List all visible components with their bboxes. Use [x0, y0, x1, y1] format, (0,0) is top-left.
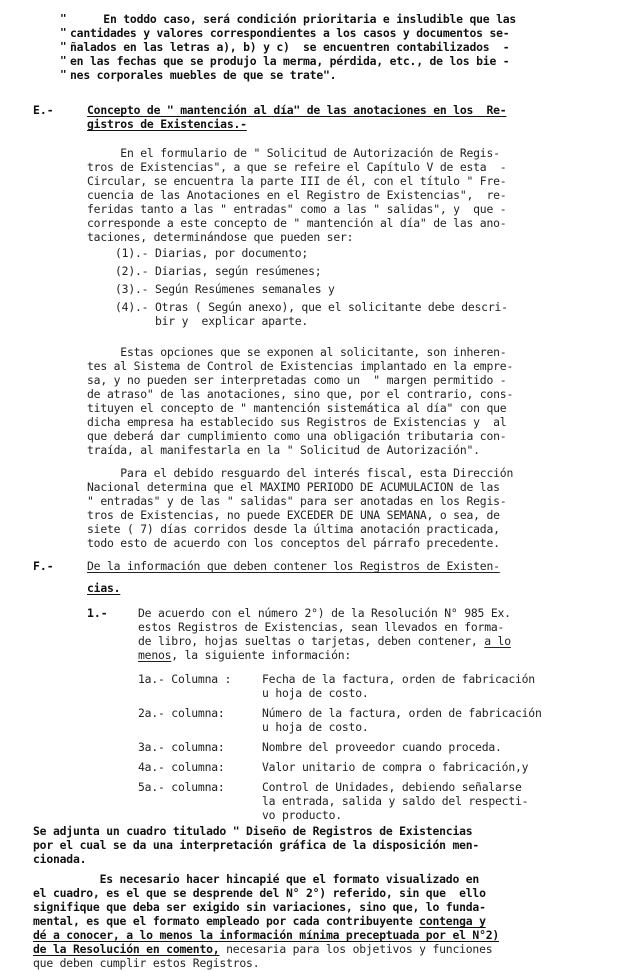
- column-desc: Fecha de la factura, orden de fabricació…: [262, 672, 535, 686]
- option-item: (1).- Diarias, por documento;: [115, 246, 308, 260]
- section-heading: Concepto de " mantención al día" de las …: [87, 103, 506, 117]
- option-item: bir y explicar aparte.: [115, 314, 308, 328]
- section-label: F.-: [33, 559, 54, 573]
- paragraph-line: feridas tanto a las " entradas" como a l…: [87, 202, 506, 216]
- column-desc: vo producto.: [262, 808, 342, 822]
- paragraph-line: mental, es que el formato empleado por c…: [33, 914, 486, 928]
- column-label: 4a.- columna:: [138, 760, 225, 774]
- paragraph-line: de la Resolución en comento, necesaria p…: [33, 942, 492, 956]
- line-text: mental, es que el formato empleado por c…: [33, 914, 419, 928]
- paragraph-line: Se adjunta un cuadro titulado " Diseño d…: [33, 824, 472, 838]
- paragraph-line: cuencia de las Anotaciones en el Registr…: [87, 188, 506, 202]
- underlined-phrase: menos: [138, 648, 171, 662]
- paragraph-line: Para el debido resguardo del interés fis…: [87, 466, 513, 480]
- paragraph-line: cionada.: [33, 852, 86, 866]
- quote-mark: ": [60, 54, 67, 68]
- paragraph-line: corresponde a este concepto de " mantenc…: [87, 216, 506, 230]
- paragraph-line: que deberá dar cumplimiento como una obl…: [87, 429, 506, 443]
- quote-mark: ": [60, 68, 67, 82]
- paragraph-line: Circular, se encuentra la parte III de é…: [87, 174, 506, 188]
- underlined-phrase: de la Resolución en comento,: [33, 942, 219, 956]
- column-label: 5a.- columna:: [138, 780, 225, 794]
- line-text: necesaria para los objetivos y funciones: [219, 942, 492, 956]
- paragraph-line: por el cual se da una interpretación grá…: [33, 838, 479, 852]
- column-label: 1a.- Columna :: [138, 672, 231, 686]
- paragraph-line: dicha empresa ha establecido sus Registr…: [87, 415, 506, 429]
- quote-mark: ": [60, 12, 67, 26]
- paragraph-line: tituyen el concepto de " mantención sist…: [87, 401, 506, 415]
- column-label: 2a.- columna:: [138, 706, 225, 720]
- paragraph-line: tros de Existencias", a que se refeire e…: [87, 160, 506, 174]
- item-label: 1.-: [87, 606, 108, 620]
- section-heading: gistros de Existencias.-: [87, 117, 247, 131]
- column-desc: u hoja de costo.: [262, 686, 369, 700]
- underlined-phrase: dé a conocer, a lo menos la información …: [33, 928, 499, 942]
- quote-line: En toddo caso, será condición prioritari…: [70, 12, 516, 26]
- quote-mark: ": [60, 40, 67, 54]
- paragraph-line: estos Registros de Existencias, sean lle…: [138, 620, 504, 634]
- paragraph-line: Nacional determina que el MAXIMO PERIODO…: [87, 480, 500, 494]
- paragraph-line: Es necesario hacer hincapié que el forma…: [33, 872, 479, 886]
- paragraph-line: De acuerdo con el número 2°) de la Resol…: [138, 606, 511, 620]
- quote-line: cantidades y valores correspondientes a …: [70, 26, 509, 40]
- paragraph-line: En el formulario de " Solicitud de Autor…: [87, 146, 500, 160]
- section-heading: De la información que deben contener los…: [87, 559, 500, 573]
- quote-line: ñalados en las letras a), b) y c) se enc…: [70, 40, 509, 54]
- column-label: 3a.- columna:: [138, 740, 225, 754]
- paragraph-line: sa, y no pueden ser interpretadas como u…: [87, 373, 506, 387]
- paragraph-line: que deben cumplir estos Registros.: [33, 956, 259, 970]
- section-label: E.-: [33, 103, 54, 117]
- quote-line: en las fechas que se produjo la merma, p…: [70, 54, 509, 68]
- paragraph-line: de libro, hojas sueltas o tarjetas, debe…: [138, 634, 511, 648]
- column-desc: u hoja de costo.: [262, 720, 369, 734]
- column-desc: Control de Unidades, debiendo señalarse: [262, 780, 522, 794]
- line-text: de libro, hojas sueltas o tarjetas, debe…: [138, 634, 478, 648]
- column-desc: Nombre del proveedor cuando proceda.: [262, 740, 502, 754]
- paragraph-line: Estas opciones que se exponen al solicit…: [87, 345, 506, 359]
- paragraph-line: todo esto de acuerdo con los conceptos d…: [87, 536, 500, 550]
- column-desc: Valor unitario de compra o fabricación,y: [262, 760, 528, 774]
- paragraph-line: siete ( 7) días corridos desde la última…: [87, 522, 500, 536]
- quote-line: nes corporales muebles de que se trate".: [70, 68, 336, 82]
- option-item: (3).- Según Resúmenes semanales y: [115, 282, 335, 296]
- paragraph-line: tes al Sistema de Control de Existencias…: [87, 359, 513, 373]
- paragraph-line: de atraso" de las anotaciones, sino que,…: [87, 387, 513, 401]
- paragraph-line: tros de Existencias, no puede EXCEDER DE…: [87, 508, 500, 522]
- underlined-phrase: contenga y: [419, 914, 486, 928]
- paragraph-line: menos, la siguiente información:: [138, 648, 351, 662]
- paragraph-line: traída, al manifestarla en la " Solicitu…: [87, 443, 480, 457]
- underlined-phrase: a lo: [484, 634, 511, 648]
- paragraph-line: el cuadro, es el que se desprende del N°…: [33, 886, 486, 900]
- column-desc: Número de la factura, orden de fabricaci…: [262, 706, 542, 720]
- paragraph-line: signifique que deba ser exigido sin vari…: [33, 900, 486, 914]
- paragraph-line: taciones, determinándose que pueden ser:: [87, 230, 353, 244]
- column-desc: la entrada, salida y saldo del respecti-: [262, 794, 528, 808]
- section-heading: cias.: [87, 581, 120, 595]
- option-item: (4).- Otras ( Según anexo), que el solic…: [115, 300, 508, 314]
- quote-mark: ": [60, 26, 67, 40]
- paragraph-line: " entradas" y de las " salidas" para ser…: [87, 494, 506, 508]
- option-item: (2).- Diarias, según resúmenes;: [115, 264, 321, 278]
